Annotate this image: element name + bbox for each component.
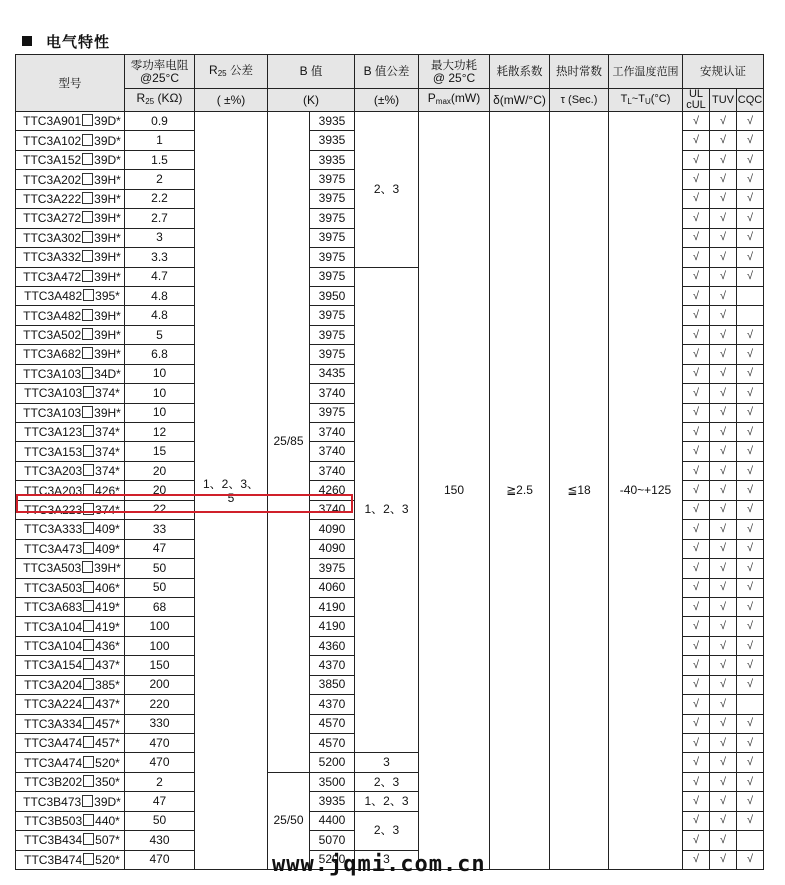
b-value-cell: 3975 [310,228,355,247]
header-r25-tol-unit: ( ±%) [195,89,268,112]
r25-cell: 470 [125,850,195,869]
check-icon: √ [693,212,699,224]
model-prefix: TTC3A224 [24,697,82,711]
model-prefix: TTC3A502 [23,328,81,342]
tuv-cert-cell: √ [710,753,737,772]
r25-cell: 10 [125,403,195,422]
r25-cell: 12 [125,423,195,442]
cqc-cert-cell [737,286,764,305]
cqc-cert-cell: √ [737,578,764,597]
b-value-cell: 4570 [310,714,355,733]
cqc-cert-cell [737,695,764,714]
model-suffix: 374* [95,425,120,439]
model-prefix: TTC3A152 [23,153,81,167]
model-suffix: 39H* [94,231,121,245]
model-cell: TTC3A104436* [16,636,125,655]
model-suffix: 39H* [94,347,121,361]
check-icon: √ [747,717,753,729]
tuv-cert-cell: √ [710,384,737,403]
check-icon: √ [693,192,699,204]
ul-cert-cell: √ [683,228,710,247]
r25-cell: 50 [125,811,195,830]
check-icon: √ [747,581,753,593]
model-suffix: 385* [95,678,120,692]
check-icon: √ [720,581,726,593]
tuv-cert-cell: √ [710,345,737,364]
placeholder-box-icon [83,425,94,437]
cqc-cert-cell: √ [737,520,764,539]
model-cell: TTC3A15239D* [16,150,125,169]
model-suffix: 350* [95,775,120,789]
model-cell: TTC3A482395* [16,286,125,305]
placeholder-box-icon [83,639,94,651]
check-icon: √ [720,329,726,341]
model-cell: TTC3A334457* [16,714,125,733]
cqc-cert-cell: √ [737,850,764,869]
ul-cert-cell: √ [683,714,710,733]
model-suffix: 436* [95,639,120,653]
r25-cell: 1.5 [125,150,195,169]
r25-cell: 470 [125,753,195,772]
cqc-cert-cell: √ [737,714,764,733]
check-icon: √ [693,445,699,457]
r25-cell: 5 [125,325,195,344]
b-value-cell: 3935 [310,131,355,150]
model-prefix: TTC3A482 [24,289,82,303]
r25-cell: 1 [125,131,195,150]
r25-cell: 4.8 [125,306,195,325]
check-icon: √ [720,814,726,826]
model-prefix: TTC3B202 [24,775,82,789]
model-cell: TTC3A154437* [16,656,125,675]
cqc-cert-cell: √ [737,617,764,636]
check-icon: √ [720,834,726,846]
b-value-cell: 3435 [310,364,355,383]
b-value-cell: 4570 [310,734,355,753]
model-cell: TTC3A48239H* [16,306,125,325]
ul-cert-cell: √ [683,559,710,578]
b-value-cell: 3975 [310,325,355,344]
b-value-cell: 3975 [310,209,355,228]
check-icon: √ [693,542,699,554]
check-icon: √ [747,134,753,146]
check-icon: √ [747,853,753,865]
b-value-cell: 3850 [310,675,355,694]
model-prefix: TTC3B474 [24,853,82,867]
check-icon: √ [693,173,699,185]
placeholder-box-icon [83,542,94,554]
ul-cert-cell: √ [683,248,710,267]
r25-cell: 50 [125,578,195,597]
model-suffix: 39H* [94,173,121,187]
header-r25-cond: @25°C [140,71,179,85]
check-icon: √ [693,562,699,574]
placeholder-box-icon [83,658,94,670]
cqc-cert-cell [737,306,764,325]
tuv-cert-cell: √ [710,364,737,383]
check-icon: √ [720,348,726,360]
ul-cert-cell: √ [683,364,710,383]
header-ul: ULcUL [683,89,710,112]
check-icon: √ [693,154,699,166]
model-prefix: TTC3A901 [23,114,81,128]
model-suffix: 39H* [94,328,121,342]
check-icon: √ [693,465,699,477]
check-icon: √ [720,659,726,671]
model-prefix: TTC3A334 [24,717,82,731]
tuv-cert-cell: √ [710,209,737,228]
ul-cert-cell: √ [683,481,710,500]
tuv-cert-cell: √ [710,520,737,539]
model-suffix: 39H* [94,406,121,420]
model-cell: TTC3A683419* [16,597,125,616]
header-temp-unit: TL~TU(°C) [609,89,683,112]
check-icon: √ [720,853,726,865]
check-icon: √ [747,115,753,127]
ul-cert-cell: √ [683,500,710,519]
r25-cell: 3 [125,228,195,247]
model-suffix: 437* [95,697,120,711]
tuv-cert-cell: √ [710,578,737,597]
check-icon: √ [720,445,726,457]
model-cell: TTC3B503440* [16,811,125,830]
header-thermal-unit: τ (Sec.) [550,89,609,112]
tuv-cert-cell: √ [710,811,737,830]
model-suffix: 409* [95,522,120,536]
check-icon: √ [747,192,753,204]
placeholder-box-icon [83,600,94,612]
check-icon: √ [747,776,753,788]
model-suffix: 39H* [94,211,121,225]
tuv-cert-cell: √ [710,772,737,791]
check-icon: √ [747,173,753,185]
placeholder-box-icon [83,289,94,301]
model-cell: TTC3A223374* [16,500,125,519]
model-prefix: TTC3A302 [23,231,81,245]
check-icon: √ [720,251,726,263]
tuv-cert-cell: √ [710,189,737,208]
b-value-cell: 3500 [310,772,355,791]
check-icon: √ [693,795,699,807]
model-suffix: 39H* [94,250,121,264]
r25-cell: 100 [125,617,195,636]
b-value-cell: 3740 [310,423,355,442]
check-icon: √ [720,367,726,379]
model-cell: TTC3A203426* [16,481,125,500]
model-cell: TTC3B434507* [16,831,125,850]
cqc-cert-cell: √ [737,423,764,442]
ul-cert-cell: √ [683,753,710,772]
placeholder-box-icon [83,736,94,748]
ul-cert-cell: √ [683,636,710,655]
b-value-cell: 4090 [310,539,355,558]
check-icon: √ [747,406,753,418]
header-dissipation: 耗散系数 [490,55,550,89]
model-cell: TTC3A10239D* [16,131,125,150]
r25-cell: 470 [125,734,195,753]
model-cell: TTC3A50339H* [16,559,125,578]
placeholder-box-icon [83,678,94,690]
header-pmax-label: 最大功耗 [431,58,477,72]
ul-cert-cell: √ [683,850,710,869]
model-cell: TTC3A474520* [16,753,125,772]
watermark: www.jqmi.com.cn [272,852,486,877]
check-icon: √ [747,231,753,243]
model-prefix: TTC3A474 [24,736,82,750]
check-icon: √ [747,212,753,224]
header-r25-label: 零功率电阻 [131,58,189,72]
model-prefix: TTC3A104 [24,639,82,653]
header-cul-label: cUL [686,99,706,111]
ul-cert-cell: √ [683,461,710,480]
check-icon: √ [720,426,726,438]
b-value-cell: 3935 [310,792,355,811]
model-suffix: 34D* [94,367,121,381]
check-icon: √ [720,484,726,496]
r25-cell: 47 [125,539,195,558]
header-b-tol-unit: (±%) [355,89,419,112]
placeholder-box-icon [82,328,93,340]
tuv-cert-cell: √ [710,850,737,869]
square-bullet-icon [22,36,32,46]
model-cell: TTC3A30239H* [16,228,125,247]
check-icon: √ [693,717,699,729]
b-value-cell: 4190 [310,597,355,616]
b-value-cell: 3740 [310,500,355,519]
model-prefix: TTC3A223 [24,503,82,517]
model-suffix: 419* [95,600,120,614]
placeholder-box-icon [82,211,93,223]
b-condition-cell: 25/85 [268,112,310,773]
placeholder-box-icon [82,192,93,204]
model-suffix: 437* [95,658,120,672]
ul-cert-cell: √ [683,209,710,228]
tuv-cert-cell: √ [710,112,737,131]
check-icon: √ [720,678,726,690]
electrical-characteristics-table: 型号 零功率电阻@25°C R25 公差 B 值 B 值公差 最大功耗@ 25°… [15,54,764,870]
placeholder-box-icon [83,445,94,457]
ul-cert-cell: √ [683,617,710,636]
r25-cell: 10 [125,384,195,403]
placeholder-box-icon [83,464,94,476]
model-suffix: 374* [95,386,120,400]
placeholder-box-icon [82,309,93,321]
header-b-tolerance: B 值公差 [355,55,419,89]
model-suffix: 39D* [94,114,121,128]
placeholder-box-icon [83,581,94,593]
check-icon: √ [720,465,726,477]
header-model: 型号 [16,55,125,112]
model-cell: TTC3A333409* [16,520,125,539]
section-title-text: 电气特性 [46,33,110,51]
check-icon: √ [720,231,726,243]
check-icon: √ [693,814,699,826]
ul-cert-cell: √ [683,423,710,442]
ul-cert-cell: √ [683,656,710,675]
model-suffix: 39D* [94,795,121,809]
model-suffix: 426* [95,484,120,498]
model-prefix: TTC3A682 [23,347,81,361]
tuv-cert-cell: √ [710,792,737,811]
tuv-cert-cell: √ [710,539,737,558]
model-suffix: 39H* [94,270,121,284]
model-prefix: TTC3A102 [23,134,81,148]
check-icon: √ [693,523,699,535]
r25-cell: 6.8 [125,345,195,364]
model-suffix: 457* [95,717,120,731]
model-cell: TTC3A123374* [16,423,125,442]
tuv-cert-cell: √ [710,831,737,850]
temp-range-cell: -40~+125 [609,112,683,870]
b-value-cell: 4370 [310,695,355,714]
check-icon: √ [747,251,753,263]
model-suffix: 440* [95,814,120,828]
placeholder-box-icon [83,853,94,865]
model-prefix: TTC3A474 [24,756,82,770]
check-icon: √ [693,309,699,321]
cqc-cert-cell: √ [737,461,764,480]
model-cell: TTC3A103374* [16,384,125,403]
model-cell: TTC3B202350* [16,772,125,791]
tuv-cert-cell: √ [710,481,737,500]
model-suffix: 419* [95,620,120,634]
model-suffix: 507* [95,833,120,847]
header-pmax-cond: @ 25°C [433,71,475,85]
check-icon: √ [747,678,753,690]
header-b-value: B 值 [268,55,355,89]
model-prefix: TTC3A203 [24,484,82,498]
check-icon: √ [720,717,726,729]
placeholder-box-icon [82,134,93,146]
placeholder-box-icon [82,347,93,359]
model-prefix: TTC3A272 [23,211,81,225]
model-prefix: TTC3A503 [23,561,81,575]
ul-cert-cell: √ [683,734,710,753]
b-value-cell: 4360 [310,636,355,655]
placeholder-box-icon [83,775,94,787]
cqc-cert-cell: √ [737,636,764,655]
model-prefix: TTC3A103 [23,406,81,420]
check-icon: √ [693,290,699,302]
placeholder-box-icon [83,522,94,534]
model-prefix: TTC3A104 [24,620,82,634]
model-cell: TTC3A224437* [16,695,125,714]
placeholder-box-icon [82,270,93,282]
tuv-cert-cell: √ [710,714,737,733]
model-suffix: 520* [95,853,120,867]
model-cell: TTC3A27239H* [16,209,125,228]
check-icon: √ [693,426,699,438]
tuv-cert-cell: √ [710,267,737,286]
b-value-cell: 4370 [310,656,355,675]
b-value-cell: 4190 [310,617,355,636]
header-thermal: 热时常数 [550,55,609,89]
model-cell: TTC3A10334D* [16,364,125,383]
cqc-cert-cell: √ [737,481,764,500]
check-icon: √ [720,542,726,554]
check-icon: √ [747,601,753,613]
model-suffix: 395* [95,289,120,303]
cqc-cert-cell: √ [737,539,764,558]
check-icon: √ [693,367,699,379]
placeholder-box-icon [82,561,93,573]
tuv-cert-cell: √ [710,248,737,267]
cqc-cert-cell: √ [737,559,764,578]
check-icon: √ [693,678,699,690]
header-safety: 安规认证 [683,55,764,89]
b-value-cell: 4400 [310,811,355,830]
header-r25-tolerance: R25 公差 [195,55,268,89]
placeholder-box-icon [83,386,94,398]
check-icon: √ [747,387,753,399]
cqc-cert-cell: √ [737,403,764,422]
check-icon: √ [693,329,699,341]
ul-cert-cell: √ [683,267,710,286]
ul-cert-cell: √ [683,112,710,131]
b-tolerance-cell: 1、2、3 [355,792,419,811]
model-prefix: TTC3A503 [24,581,82,595]
b-value-cell: 3740 [310,461,355,480]
cqc-cert-cell: √ [737,734,764,753]
check-icon: √ [747,737,753,749]
tuv-cert-cell: √ [710,423,737,442]
model-cell: TTC3A203374* [16,461,125,480]
model-prefix: TTC3A153 [24,445,82,459]
ul-cert-cell: √ [683,597,710,616]
b-value-cell: 4060 [310,578,355,597]
b-value-cell: 3975 [310,170,355,189]
dissipation-cell: ≧2.5 [490,112,550,870]
ul-cert-cell: √ [683,831,710,850]
header-tuv: TUV [710,89,737,112]
model-prefix: TTC3B473 [23,795,81,809]
pmax-cell: 150 [419,112,490,870]
r25-cell: 150 [125,656,195,675]
r25-cell: 20 [125,481,195,500]
ul-cert-cell: √ [683,384,710,403]
placeholder-box-icon [83,814,94,826]
placeholder-box-icon [83,484,94,496]
check-icon: √ [720,406,726,418]
check-icon: √ [720,309,726,321]
check-icon: √ [693,698,699,710]
ul-cert-cell: √ [683,578,710,597]
cqc-cert-cell: √ [737,500,764,519]
check-icon: √ [747,426,753,438]
model-cell: TTC3A68239H* [16,345,125,364]
placeholder-box-icon [82,406,93,418]
tuv-cert-cell: √ [710,597,737,616]
check-icon: √ [720,562,726,574]
model-suffix: 374* [95,445,120,459]
cqc-cert-cell: √ [737,384,764,403]
model-prefix: TTC3A472 [23,270,81,284]
b-value-cell: 5200 [310,753,355,772]
check-icon: √ [747,756,753,768]
model-prefix: TTC3A473 [24,542,82,556]
tuv-cert-cell: √ [710,675,737,694]
model-suffix: 457* [95,736,120,750]
r25-cell: 100 [125,636,195,655]
tuv-cert-cell: √ [710,636,737,655]
model-cell: TTC3A10339H* [16,403,125,422]
model-prefix: TTC3A123 [24,425,82,439]
model-prefix: TTC3A222 [23,192,81,206]
r25-cell: 430 [125,831,195,850]
model-prefix: TTC3A683 [24,600,82,614]
placeholder-box-icon [82,173,93,185]
b-value-cell: 3975 [310,248,355,267]
